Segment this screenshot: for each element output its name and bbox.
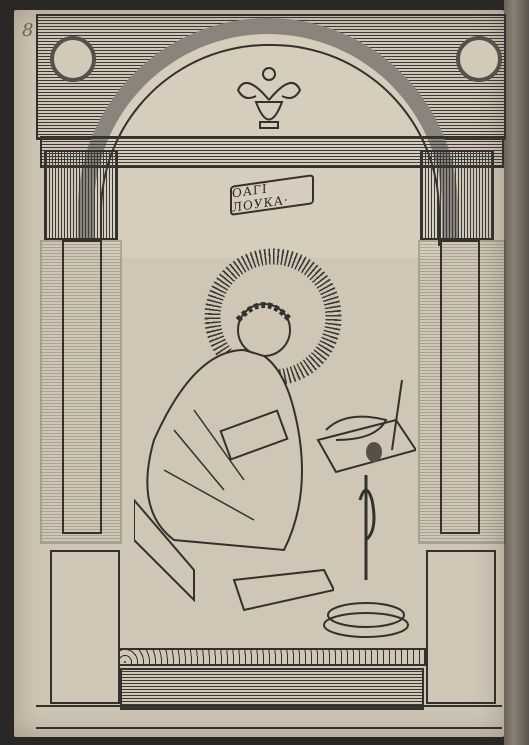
left-column-base-panel [50,550,120,704]
writing-lectern [316,380,416,640]
dentil-band [118,648,426,666]
right-column-capital [420,150,494,240]
left-pilaster [40,240,122,544]
acanthus-frieze [120,668,424,710]
right-column-base-panel [426,550,496,704]
book-spine-edge [504,0,529,745]
left-roundel [50,36,96,82]
right-roundel [456,36,502,82]
flower-vase-ornament [236,62,302,132]
evangelist-figure [134,290,334,620]
margin-page-number: 8 [22,20,33,41]
right-pilaster [418,240,506,544]
frame-base [36,705,502,729]
left-column-capital [44,150,118,240]
